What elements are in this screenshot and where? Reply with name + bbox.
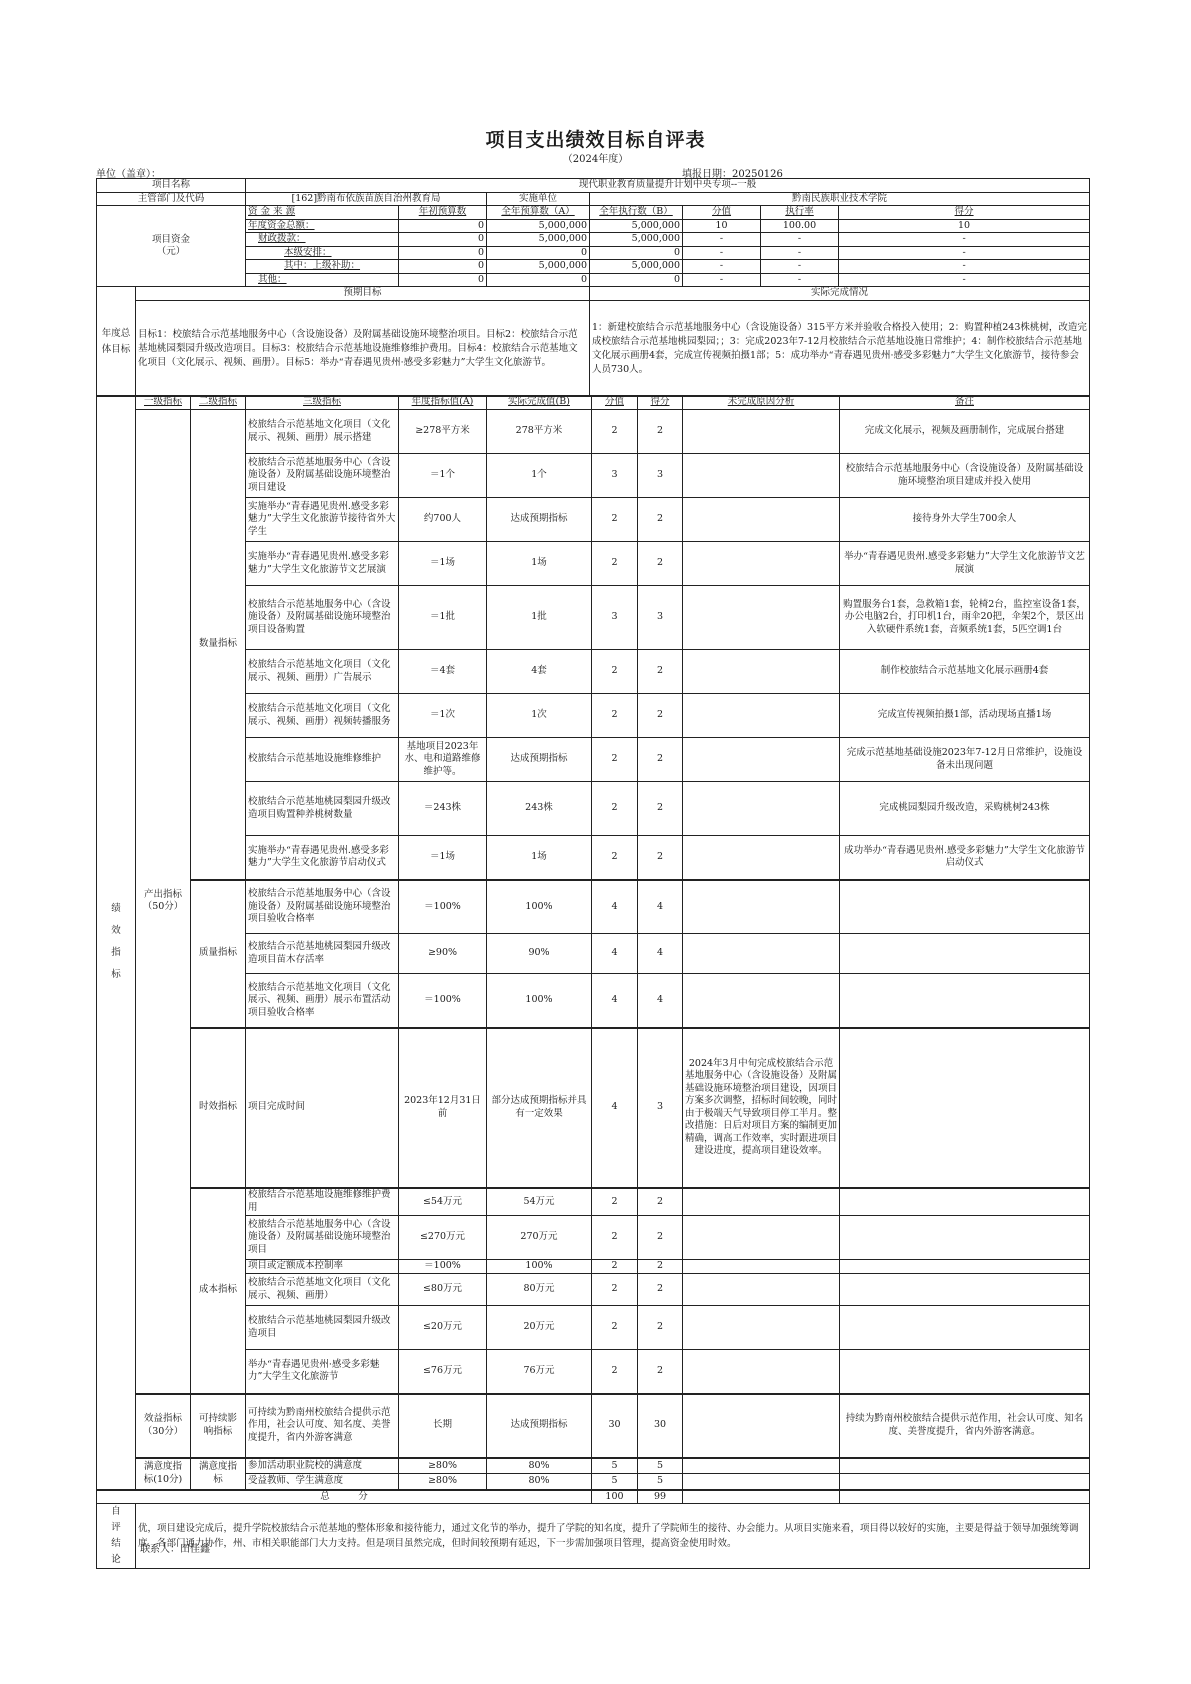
indicator-reason bbox=[683, 782, 840, 836]
indicator-reason bbox=[683, 1474, 840, 1490]
indicator-score-value: 2 bbox=[592, 1306, 638, 1350]
conclusion-label-text: 自评结论 bbox=[110, 1504, 122, 1568]
indicator-score-value: 4 bbox=[592, 1028, 638, 1188]
indicator-name: 项目完成时间 bbox=[246, 1028, 399, 1188]
indicator-score-value: 5 bbox=[592, 1474, 638, 1490]
indicator-score: 2 bbox=[638, 738, 683, 782]
indicator-actual: 278平方米 bbox=[487, 410, 592, 454]
impl-unit-value: 黔南民族职业技术学院 bbox=[590, 192, 1090, 206]
indicator-actual: 1批 bbox=[487, 586, 592, 650]
header-target: 年度指标值(A) bbox=[399, 396, 487, 410]
header-score: 得分 bbox=[638, 396, 683, 410]
dept-label: 主管部门及代码 bbox=[97, 192, 246, 206]
level2-sustainable: 可持续影响指标 bbox=[191, 1394, 246, 1458]
funds-row: 财政拨款： 0 5,000,000 5,000,000 - - - bbox=[97, 233, 1090, 247]
indicator-row: 校旅结合示范基地设施维修维护基地项目2023年水、电和道路维修维护等。达成预期指… bbox=[97, 738, 1090, 782]
indicator-score-value: 3 bbox=[592, 454, 638, 498]
indicator-target: ＝100% bbox=[399, 880, 487, 934]
indicator-row: 校旅结合示范基地服务中心（含设施设备）及附属基础设施环境整治项目≤270万元27… bbox=[97, 1216, 1090, 1260]
conclusion-row: 自评结论优，项目建设完成后，提升学院校旅结合示范基地的整体形象和接待能力，通过文… bbox=[97, 1504, 1090, 1569]
indicator-row: 校旅结合示范基地文化项目（文化展示、视频、画册）展示布置活动项目验收合格率＝10… bbox=[97, 974, 1090, 1028]
indicator-target: ＝1个 bbox=[399, 454, 487, 498]
contact-person: 联系人：田佳鑫 bbox=[140, 1540, 210, 1555]
indicator-reason bbox=[683, 410, 840, 454]
funds-executed: 5,000,000 bbox=[590, 219, 683, 233]
level1-benefit-line2: （30分） bbox=[138, 1426, 188, 1439]
funds-score: - bbox=[839, 260, 1090, 274]
indicator-target: ＝4套 bbox=[399, 650, 487, 694]
indicator-reason bbox=[683, 836, 840, 880]
funds-source: 本级安排： bbox=[246, 246, 399, 260]
indicator-note: 制作校旅结合示范基地文化展示画册4套 bbox=[840, 650, 1090, 694]
indicator-name: 校旅结合示范基地桃园梨园升级改造项目苗木存活率 bbox=[246, 934, 399, 974]
indicator-name: 实施举办“青春遇见贵州.感受多彩魅力”大学生文化旅游节文艺展演 bbox=[246, 542, 399, 586]
indicator-note: 持续为黔南州校旅结合提供示范作用，社会认可度、知名度、美誉度提升，省内外游客满意… bbox=[840, 1394, 1090, 1458]
level1-benefit: 效益指标（30分） bbox=[136, 1394, 191, 1458]
indicator-reason bbox=[683, 1306, 840, 1350]
indicator-score: 4 bbox=[638, 974, 683, 1028]
indicator-actual: 100% bbox=[487, 974, 592, 1028]
indicator-row: 校旅结合示范基地文化项目（文化展示、视频、画册）视频转播服务＝1次1次22完成宣… bbox=[97, 694, 1090, 738]
indicator-target: 基地项目2023年水、电和道路维修维护等。 bbox=[399, 738, 487, 782]
indicator-header-row: 绩效指标一级指标二级指标三级指标年度指标值(A)实际完成值(B)分值得分未完成原… bbox=[97, 396, 1090, 410]
indicator-target: ＝1批 bbox=[399, 586, 487, 650]
funds-source: 年度资金总额： bbox=[246, 219, 399, 233]
funds-score-value: - bbox=[683, 246, 761, 260]
funds-row: 其他： 0 0 0 - - - bbox=[97, 273, 1090, 287]
dept-value: [162]黔南布依族苗族自治州教育局 bbox=[246, 192, 487, 206]
indicator-note bbox=[840, 1216, 1090, 1260]
funds-initial: 0 bbox=[399, 219, 487, 233]
indicator-row: 校旅结合示范基地桃园梨园升级改造项目≤20万元20万元22 bbox=[97, 1306, 1090, 1350]
indicator-row: 效益指标（30分）可持续影响指标可持续为黔南州校旅结合提供示范作用，社会认可度、… bbox=[97, 1394, 1090, 1458]
funds-initial: 0 bbox=[399, 273, 487, 287]
funds-header-initial: 年初预算数 bbox=[399, 206, 487, 220]
indicator-reason: 2024年3月中旬完成校旅结合示范基地服务中心（含设施设备）及附属基础设施环境整… bbox=[683, 1028, 840, 1188]
indicator-actual: 100% bbox=[487, 1260, 592, 1274]
indicator-target: ≤76万元 bbox=[399, 1350, 487, 1394]
funds-score: 10 bbox=[839, 219, 1090, 233]
indicator-actual: 80% bbox=[487, 1474, 592, 1490]
indicator-score: 2 bbox=[638, 1216, 683, 1260]
indicator-name: 校旅结合示范基地服务中心（含设施设备）及附属基础设施环境整治项目设备购置 bbox=[246, 586, 399, 650]
level2-satisfaction-line1: 满意度指 bbox=[193, 1461, 243, 1474]
indicator-score-value: 2 bbox=[592, 1274, 638, 1306]
indicator-note bbox=[840, 1306, 1090, 1350]
indicator-score-value: 2 bbox=[592, 410, 638, 454]
indicator-score: 2 bbox=[638, 782, 683, 836]
indicator-row: 受益教师、学生满意度≥80%80%55 bbox=[97, 1474, 1090, 1490]
indicator-score-value: 4 bbox=[592, 880, 638, 934]
total-score: 99 bbox=[638, 1490, 683, 1504]
indicator-actual: 90% bbox=[487, 934, 592, 974]
indicator-name: 校旅结合示范基地文化项目（文化展示、视频、画册） bbox=[246, 1274, 399, 1306]
level2-satisfaction: 满意度指标 bbox=[191, 1458, 246, 1490]
funds-executed: 0 bbox=[590, 273, 683, 287]
funds-rate: - bbox=[761, 246, 839, 260]
indicator-row: 校旅结合示范基地文化项目（文化展示、视频、画册）≤80万元80万元22 bbox=[97, 1274, 1090, 1306]
indicator-score-value: 2 bbox=[592, 694, 638, 738]
indicator-row: 产出指标（50分）数量指标校旅结合示范基地文化项目（文化展示、视频、画册）展示搭… bbox=[97, 410, 1090, 454]
indicator-reason bbox=[683, 974, 840, 1028]
funds-source: 财政拨款： bbox=[246, 233, 399, 247]
indicator-note: 完成示范基地基础设施2023年7-12月日常维护，设施设备未出现问题 bbox=[840, 738, 1090, 782]
indicator-name: 校旅结合示范基地服务中心（含设施设备）及附属基础设施环境整治项目建设 bbox=[246, 454, 399, 498]
indicator-actual: 4套 bbox=[487, 650, 592, 694]
indicator-name: 校旅结合示范基地文化项目（文化展示、视频、画册）视频转播服务 bbox=[246, 694, 399, 738]
level2-quantity: 数量指标 bbox=[191, 410, 246, 880]
funds-header-rate: 执行率 bbox=[761, 206, 839, 220]
indicator-name: 实施举办“青春遇见贵州.感受多彩魅力”大学生文化旅游节启动仪式 bbox=[246, 836, 399, 880]
indicator-row: 校旅结合示范基地文化项目（文化展示、视频、画册）广告展示＝4套4套22制作校旅结… bbox=[97, 650, 1090, 694]
indicator-target: ＝1场 bbox=[399, 836, 487, 880]
indicator-reason bbox=[683, 1458, 840, 1474]
performance-indicator-text: 绩效指标 bbox=[110, 898, 122, 986]
indicator-score-value: 2 bbox=[592, 1216, 638, 1260]
funds-header-source: 资 金 来 源 bbox=[246, 206, 399, 220]
indicator-row: 成本指标校旅结合示范基地设施维修维护费用≤54万元54万元22 bbox=[97, 1188, 1090, 1216]
indicator-note bbox=[840, 1260, 1090, 1274]
indicator-name: 校旅结合示范基地文化项目（文化展示、视频、画册）展示搭建 bbox=[246, 410, 399, 454]
indicator-reason bbox=[683, 586, 840, 650]
indicator-name: 校旅结合示范基地服务中心（含设施设备）及附属基础设施环境整治项目 bbox=[246, 1216, 399, 1260]
indicator-row: 校旅结合示范基地桃园梨园升级改造项目购置种养桃树数量＝243株243株22完成桃… bbox=[97, 782, 1090, 836]
indicator-score-value: 2 bbox=[592, 836, 638, 880]
funds-score-value: 10 bbox=[683, 219, 761, 233]
indicator-target: 2023年12月31日前 bbox=[399, 1028, 487, 1188]
indicator-reason bbox=[683, 498, 840, 542]
indicator-note bbox=[840, 880, 1090, 934]
indicator-note bbox=[840, 1028, 1090, 1188]
funds-rate: - bbox=[761, 233, 839, 247]
indicator-row: 实施举办“青春遇见贵州.感受多彩魅力”大学生文化旅游节接待省外大学生约700人达… bbox=[97, 498, 1090, 542]
indicator-name: 校旅结合示范基地设施维修维护费用 bbox=[246, 1188, 399, 1216]
indicator-target: 约700人 bbox=[399, 498, 487, 542]
indicator-name: 校旅结合示范基地设施维修维护 bbox=[246, 738, 399, 782]
indicator-row: 时效指标项目完成时间2023年12月31日前部分达成预期指标并具有一定效果432… bbox=[97, 1028, 1090, 1188]
funds-executed: 0 bbox=[590, 246, 683, 260]
level1-benefit-line1: 效益指标 bbox=[138, 1413, 188, 1426]
level2-cost: 成本指标 bbox=[191, 1188, 246, 1394]
indicator-score-value: 4 bbox=[592, 934, 638, 974]
indicator-reason bbox=[683, 1260, 840, 1274]
indicator-score: 3 bbox=[638, 586, 683, 650]
header-reason: 未完成原因分析 bbox=[683, 396, 840, 410]
indicator-score: 5 bbox=[638, 1474, 683, 1490]
indicator-note: 成功举办“青春遇见贵州.感受多彩魅力”大学生文化旅游节启动仪式 bbox=[840, 836, 1090, 880]
indicator-target: ≥80% bbox=[399, 1474, 487, 1490]
level1-satisfaction: 满意度指标(10分) bbox=[136, 1458, 191, 1490]
level2-timeliness: 时效指标 bbox=[191, 1028, 246, 1188]
indicator-actual: 达成预期指标 bbox=[487, 1394, 592, 1458]
indicator-score: 2 bbox=[638, 1306, 683, 1350]
indicator-name: 校旅结合示范基地桃园梨园升级改造项目购置种养桃树数量 bbox=[246, 782, 399, 836]
indicator-score: 2 bbox=[638, 694, 683, 738]
funds-header-executed: 全年执行数（B） bbox=[590, 206, 683, 220]
indicator-score-value: 2 bbox=[592, 1260, 638, 1274]
indicator-row: 校旅结合示范基地服务中心（含设施设备）及附属基础设施环境整治项目设备购置＝1批1… bbox=[97, 586, 1090, 650]
funds-executed: 5,000,000 bbox=[590, 233, 683, 247]
project-name-label: 项目名称 bbox=[97, 179, 246, 193]
level2-sustainable-line1: 可持续影 bbox=[193, 1413, 243, 1426]
funds-rate: - bbox=[761, 273, 839, 287]
funds-score: - bbox=[839, 273, 1090, 287]
indicator-score: 3 bbox=[638, 454, 683, 498]
funds-annual: 0 bbox=[487, 273, 590, 287]
indicator-name: 项目或定额成本控制率 bbox=[246, 1260, 399, 1274]
indicator-note: 购置服务台1套，急救箱1套，轮椅2台，监控室设备1套，办公电脑2台，打印机1台，… bbox=[840, 586, 1090, 650]
indicator-reason bbox=[683, 880, 840, 934]
funds-header-score: 得分 bbox=[839, 206, 1090, 220]
expected-goal-text: 目标1：校旅结合示范基地服务中心（含设施设备）及附属基础设施环境整治项目。目标2… bbox=[136, 301, 590, 397]
indicator-target: ≤270万元 bbox=[399, 1216, 487, 1260]
indicator-name: 校旅结合示范基地文化项目（文化展示、视频、画册）展示布置活动项目验收合格率 bbox=[246, 974, 399, 1028]
total-value: 100 bbox=[592, 1490, 638, 1504]
indicator-score-value: 4 bbox=[592, 974, 638, 1028]
annual-goal-label: 年度总体目标 bbox=[97, 287, 136, 397]
indicator-row: 实施举办“青春遇见贵州.感受多彩魅力”大学生文化旅游节文艺展演＝1场1场22举办… bbox=[97, 542, 1090, 586]
indicator-score-value: 2 bbox=[592, 498, 638, 542]
performance-indicators-table: 绩效指标一级指标二级指标三级指标年度指标值(A)实际完成值(B)分值得分未完成原… bbox=[96, 395, 1090, 1569]
indicator-target: ＝1次 bbox=[399, 694, 487, 738]
indicator-score: 2 bbox=[638, 1274, 683, 1306]
indicator-reason bbox=[683, 454, 840, 498]
indicator-name: 举办“青春遇见贵州·感受多彩魅力”大学生文化旅游节 bbox=[246, 1350, 399, 1394]
funds-row: 年度资金总额： 0 5,000,000 5,000,000 10 100.00 … bbox=[97, 219, 1090, 233]
indicator-actual: 243株 bbox=[487, 782, 592, 836]
funds-header-annual: 全年预算数（A） bbox=[487, 206, 590, 220]
funds-rate: - bbox=[761, 260, 839, 274]
indicator-score: 3 bbox=[638, 1028, 683, 1188]
performance-indicator-label: 绩效指标 bbox=[97, 396, 136, 1490]
header-level3: 三级指标 bbox=[246, 396, 399, 410]
indicator-reason bbox=[683, 1188, 840, 1216]
funds-score: - bbox=[839, 246, 1090, 260]
indicator-name: 校旅结合示范基地服务中心（含设施设备）及附属基础设施环境整治项目验收合格率 bbox=[246, 880, 399, 934]
indicator-reason bbox=[683, 738, 840, 782]
funds-source: 其他： bbox=[246, 273, 399, 287]
indicator-row: 实施举办“青春遇见贵州.感受多彩魅力”大学生文化旅游节启动仪式＝1场1场22成功… bbox=[97, 836, 1090, 880]
indicator-actual: 54万元 bbox=[487, 1188, 592, 1216]
funds-row: 本级安排： 0 0 0 - - - bbox=[97, 246, 1090, 260]
indicator-actual: 达成预期指标 bbox=[487, 498, 592, 542]
indicator-note bbox=[840, 934, 1090, 974]
indicator-score: 2 bbox=[638, 650, 683, 694]
indicator-score: 2 bbox=[638, 410, 683, 454]
expected-goal-header: 预期目标 bbox=[136, 287, 590, 301]
indicator-reason bbox=[683, 650, 840, 694]
indicator-note: 校旅结合示范基地服务中心（含设施设备）及附属基础设施环境整治项目建成并投入使用 bbox=[840, 454, 1090, 498]
indicator-actual: 部分达成预期指标并具有一定效果 bbox=[487, 1028, 592, 1188]
indicator-score: 2 bbox=[638, 1188, 683, 1216]
indicator-reason bbox=[683, 934, 840, 974]
indicator-score: 4 bbox=[638, 934, 683, 974]
indicator-actual: 80% bbox=[487, 1458, 592, 1474]
indicator-target: 长期 bbox=[399, 1394, 487, 1458]
indicator-score-value: 3 bbox=[592, 586, 638, 650]
indicator-score-value: 2 bbox=[592, 782, 638, 836]
indicator-reason bbox=[683, 542, 840, 586]
funds-score-value: - bbox=[683, 233, 761, 247]
indicator-note bbox=[840, 1474, 1090, 1490]
indicator-target: ＝100% bbox=[399, 974, 487, 1028]
impl-unit-label: 实施单位 bbox=[487, 192, 590, 206]
indicator-name: 校旅结合示范基地桃园梨园升级改造项目 bbox=[246, 1306, 399, 1350]
indicator-note: 接待身外大学生700余人 bbox=[840, 498, 1090, 542]
indicator-actual: 270万元 bbox=[487, 1216, 592, 1260]
indicator-actual: 20万元 bbox=[487, 1306, 592, 1350]
indicator-actual: 1场 bbox=[487, 542, 592, 586]
funds-label: 项目资金 （元） bbox=[97, 206, 246, 287]
indicator-score-value: 2 bbox=[592, 1350, 638, 1394]
level2-sustainable-line2: 响指标 bbox=[193, 1426, 243, 1439]
conclusion-label: 自评结论 bbox=[97, 1504, 136, 1569]
indicator-target: ≤54万元 bbox=[399, 1188, 487, 1216]
level1-satisfaction-line1: 满意度指 bbox=[138, 1461, 188, 1474]
indicator-score: 4 bbox=[638, 880, 683, 934]
indicator-row: 校旅结合示范基地桃园梨园升级改造项目苗木存活率≥90%90%44 bbox=[97, 934, 1090, 974]
indicator-score: 2 bbox=[638, 836, 683, 880]
indicator-score: 5 bbox=[638, 1458, 683, 1474]
funds-label-line1: 项目资金 bbox=[99, 234, 243, 247]
indicator-row: 质量指标校旅结合示范基地服务中心（含设施设备）及附属基础设施环境整治项目验收合格… bbox=[97, 880, 1090, 934]
indicator-reason bbox=[683, 1394, 840, 1458]
indicator-target: ≥278平方米 bbox=[399, 410, 487, 454]
indicator-reason bbox=[683, 1216, 840, 1260]
indicator-note bbox=[840, 1458, 1090, 1474]
indicator-note bbox=[840, 1274, 1090, 1306]
level1-output: 产出指标（50分） bbox=[136, 410, 191, 1394]
indicator-score-value: 2 bbox=[592, 542, 638, 586]
indicator-name: 校旅结合示范基地文化项目（文化展示、视频、画册）广告展示 bbox=[246, 650, 399, 694]
indicator-note: 完成桃园梨园升级改造，采购桃树243株 bbox=[840, 782, 1090, 836]
indicator-score-value: 5 bbox=[592, 1458, 638, 1474]
indicator-target: ≥90% bbox=[399, 934, 487, 974]
level2-quality: 质量指标 bbox=[191, 880, 246, 1028]
indicator-score-value: 2 bbox=[592, 1188, 638, 1216]
funds-header-score-value: 分值 bbox=[683, 206, 761, 220]
indicator-note: 举办“青春遇见贵州.感受多彩魅力”大学生文化旅游节文艺展演 bbox=[840, 542, 1090, 586]
indicator-score: 2 bbox=[638, 1350, 683, 1394]
indicator-score: 2 bbox=[638, 498, 683, 542]
funds-label-line2: （元） bbox=[99, 246, 243, 259]
indicator-note: 完成宣传视频拍摄1部，活动现场直播1场 bbox=[840, 694, 1090, 738]
indicator-reason bbox=[683, 1350, 840, 1394]
indicator-target: ≥80% bbox=[399, 1458, 487, 1474]
indicator-actual: 80万元 bbox=[487, 1274, 592, 1306]
indicator-target: ＝1场 bbox=[399, 542, 487, 586]
report-year: （2024年度） bbox=[0, 150, 1191, 165]
total-blank-2 bbox=[840, 1490, 1090, 1504]
project-info-table: 项目名称 现代职业教育质量提升计划中央专项--一般 主管部门及代码 [162]黔… bbox=[96, 178, 1090, 397]
funds-annual: 0 bbox=[487, 246, 590, 260]
indicator-note bbox=[840, 1188, 1090, 1216]
funds-rate: 100.00 bbox=[761, 219, 839, 233]
funds-score-value: - bbox=[683, 260, 761, 274]
funds-annual: 5,000,000 bbox=[487, 219, 590, 233]
indicator-row: 举办“青春遇见贵州·感受多彩魅力”大学生文化旅游节≤76万元76万元22 bbox=[97, 1350, 1090, 1394]
level2-satisfaction-line2: 标 bbox=[193, 1474, 243, 1487]
funds-annual: 5,000,000 bbox=[487, 233, 590, 247]
indicator-score: 30 bbox=[638, 1394, 683, 1458]
indicator-score: 2 bbox=[638, 542, 683, 586]
indicator-score-value: 2 bbox=[592, 738, 638, 782]
indicator-note bbox=[840, 1350, 1090, 1394]
header-level2: 二级指标 bbox=[191, 396, 246, 410]
funds-initial: 0 bbox=[399, 260, 487, 274]
actual-result-text: 1：新建校旅结合示范基地服务中心（含设施设备）315平方米并验收合格投入使用；2… bbox=[590, 301, 1090, 397]
indicator-name: 可持续为黔南州校旅结合提供示范作用，社会认可度、知名度、美誉度提升，省内外游客满… bbox=[246, 1394, 399, 1458]
header-actual: 实际完成值(B) bbox=[487, 396, 592, 410]
indicator-score-value: 30 bbox=[592, 1394, 638, 1458]
indicator-actual: 1次 bbox=[487, 694, 592, 738]
indicator-actual: 达成预期指标 bbox=[487, 738, 592, 782]
indicator-row: 项目或定额成本控制率＝100%100%22 bbox=[97, 1260, 1090, 1274]
total-row: 总 分10099 bbox=[97, 1490, 1090, 1504]
indicator-score-value: 2 bbox=[592, 650, 638, 694]
indicator-row: 满意度指标(10分)满意度指标参加活动职业院校的满意度≥80%80%55 bbox=[97, 1458, 1090, 1474]
indicator-actual: 1个 bbox=[487, 454, 592, 498]
funds-initial: 0 bbox=[399, 246, 487, 260]
indicator-target: ＝100% bbox=[399, 1260, 487, 1274]
header-note: 备注 bbox=[840, 396, 1090, 410]
conclusion-text: 优，项目建设完成后，提升学院校旅结合示范基地的整体形象和接待能力，通过文化节的举… bbox=[136, 1504, 1090, 1569]
indicator-target: ＝243株 bbox=[399, 782, 487, 836]
actual-result-header: 实际完成情况 bbox=[590, 287, 1090, 301]
funds-row: 其中：上级补助： 0 5,000,000 5,000,000 - - - bbox=[97, 260, 1090, 274]
total-blank-1 bbox=[683, 1490, 840, 1504]
indicator-actual: 1场 bbox=[487, 836, 592, 880]
funds-source: 其中：上级补助： bbox=[246, 260, 399, 274]
level1-output-line2: （50分） bbox=[138, 901, 188, 914]
project-name-value: 现代职业教育质量提升计划中央专项--一般 bbox=[246, 179, 1090, 193]
total-label: 总 分 bbox=[97, 1490, 592, 1504]
funds-executed: 5,000,000 bbox=[590, 260, 683, 274]
indicator-target: ≤80万元 bbox=[399, 1274, 487, 1306]
funds-score-value: - bbox=[683, 273, 761, 287]
header-score-value: 分值 bbox=[592, 396, 638, 410]
indicator-reason bbox=[683, 1274, 840, 1306]
level1-output-line1: 产出指标 bbox=[138, 889, 188, 902]
page-title: 项目支出绩效目标自评表 bbox=[0, 125, 1191, 152]
indicator-actual: 76万元 bbox=[487, 1350, 592, 1394]
indicator-note: 完成文化展示，视频及画册制作，完成展台搭建 bbox=[840, 410, 1090, 454]
indicator-reason bbox=[683, 694, 840, 738]
indicator-name: 实施举办“青春遇见贵州.感受多彩魅力”大学生文化旅游节接待省外大学生 bbox=[246, 498, 399, 542]
indicator-target: ≤20万元 bbox=[399, 1306, 487, 1350]
indicator-row: 校旅结合示范基地服务中心（含设施设备）及附属基础设施环境整治项目建设＝1个1个3… bbox=[97, 454, 1090, 498]
indicator-name: 参加活动职业院校的满意度 bbox=[246, 1458, 399, 1474]
funds-annual: 5,000,000 bbox=[487, 260, 590, 274]
indicator-name: 受益教师、学生满意度 bbox=[246, 1474, 399, 1490]
header-level1: 一级指标 bbox=[136, 396, 191, 410]
indicator-note bbox=[840, 974, 1090, 1028]
indicator-score: 2 bbox=[638, 1260, 683, 1274]
indicator-actual: 100% bbox=[487, 880, 592, 934]
level1-satisfaction-line2: 标(10分) bbox=[138, 1474, 188, 1487]
funds-initial: 0 bbox=[399, 233, 487, 247]
funds-score: - bbox=[839, 233, 1090, 247]
